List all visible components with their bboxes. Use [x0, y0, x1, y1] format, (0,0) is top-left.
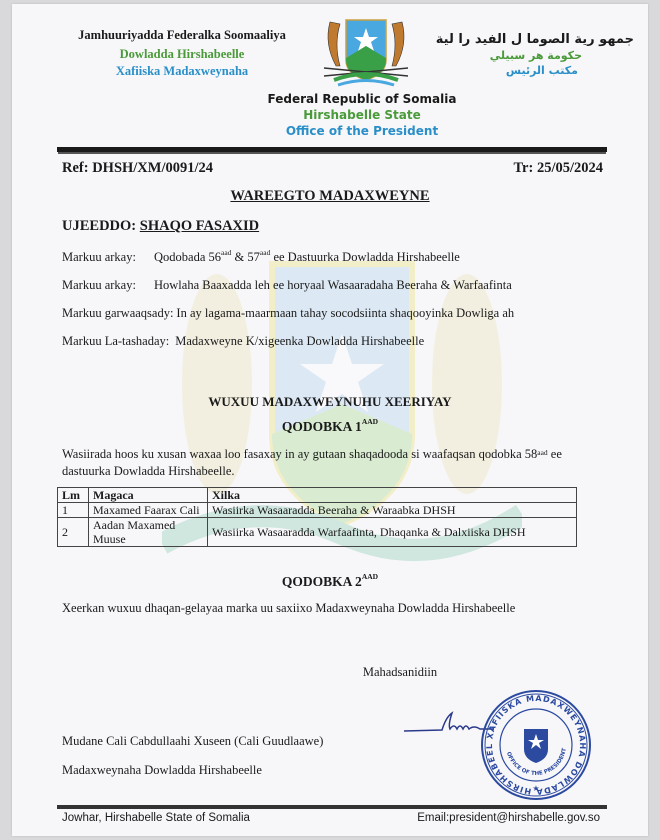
footer-address: Jowhar, Hirshabelle State of Somalia: [62, 812, 250, 824]
header-arabic: جمهو رية الصوما ل الفيد را لية حكومة هر …: [402, 32, 648, 77]
consideration-text: In ay lagama-maarmaan tahay socodsiinta …: [176, 306, 514, 320]
consideration-text: & 57: [231, 250, 259, 264]
footer-divider: [57, 805, 607, 809]
svg-text:★: ★: [532, 784, 539, 793]
consideration-text: ee Dastuurka Dowladda Hirshabeelle: [270, 250, 460, 264]
consideration-1: Markuu arkay:Qodobada 56aad & 57aad ee D…: [62, 250, 460, 265]
article-2-paragraph: Xeerkan wuxuu dhaqan-gelayaa marka uu sa…: [62, 600, 602, 617]
column-header: Lm: [58, 488, 89, 503]
consideration-label: Markuu arkay:: [62, 250, 154, 265]
consideration-text: Madaxweyne K/xigeenka Dowladda Hirshabee…: [175, 334, 424, 348]
consideration-label: Markuu garwaaqsady:: [62, 306, 176, 321]
table-cell: Maxamed Faarax Cali: [89, 503, 208, 518]
table-row: 2 Aadan Maxamed Muuse Wasiirka Wasaaradd…: [58, 518, 577, 547]
table-row: 1 Maxamed Faarax Cali Wasiirka Wasaaradd…: [58, 503, 577, 518]
header-arabic-line2: حكومة هر سبيلي: [402, 49, 648, 62]
article-heading-text: QODOBKA 1: [282, 419, 362, 434]
signatory-title: Madaxweynaha Dowladda Hirshabeelle: [62, 763, 262, 778]
header-somali-line1: Jamhuuriyadda Federalka Soomaaliya: [52, 28, 312, 43]
official-stamp-icon: XAFIISKA MADAXWEYNAHA DOWLADA HIRSHABEEL…: [480, 689, 592, 801]
consideration-text: Qodobada 56: [154, 250, 221, 264]
signatory-name: Mudane Cali Cabdullaahi Xuseen (Cali Guu…: [62, 734, 323, 749]
consideration-label: Markuu La-tashaday:: [62, 334, 175, 349]
decree-heading: WUXUU MADAXWEYNUHU XEERIYAY: [12, 394, 648, 410]
article-2-heading: QODOBKA 2AAD: [12, 574, 648, 590]
header-somali: Jamhuuriyadda Federalka Soomaaliya Dowla…: [52, 28, 312, 79]
superscript: AAD: [362, 417, 378, 426]
consideration-label: Markuu arkay:: [62, 278, 154, 293]
table-cell: 2: [58, 518, 89, 547]
table-cell: Aadan Maxamed Muuse: [89, 518, 208, 547]
column-header: Magaca: [89, 488, 208, 503]
header-english-line1: Federal Republic of Somalia: [242, 92, 482, 106]
table-cell: 1: [58, 503, 89, 518]
subject-value: SHAQO FASAXID: [140, 218, 259, 234]
superscript: AAD: [362, 572, 378, 581]
consideration-2: Markuu arkay:Howlaha Baaxadda leh ee hor…: [62, 278, 512, 293]
article-1-paragraph: Wasiirada hoos ku xusan waxaa loo fasaxa…: [62, 446, 602, 480]
superscript: aad: [260, 248, 270, 257]
consideration-text: Howlaha Baaxadda leh ee horyaal Wasaarad…: [154, 278, 512, 292]
header-english-line3: Office of the President: [242, 124, 482, 138]
header-arabic-line3: مكتب الرئيس: [402, 64, 648, 77]
footer-email: Email:president@hirshabelle.gov.so: [417, 812, 600, 824]
column-header: Xilka: [208, 488, 577, 503]
document-title: WAREEGTO MADAXWEYNE: [12, 188, 648, 205]
document-page: Jamhuuriyadda Federalka Soomaaliya Dowla…: [12, 4, 648, 836]
subject-label: UJEEDDO:: [62, 218, 136, 234]
superscript: aad: [221, 248, 231, 257]
consideration-4: Markuu La-tashaday:Madaxweyne K/xigeenka…: [62, 334, 424, 349]
table-cell: Wasiirka Wasaaradda Warfaafinta, Dhaqank…: [208, 518, 577, 547]
closing-text: Mahadsanidiin: [82, 665, 648, 680]
reference-number: Ref: DHSH/XM/0091/24: [62, 160, 213, 177]
article-1-heading: QODOBKA 1AAD: [12, 419, 648, 435]
ministers-table: Lm Magaca Xilka 1 Maxamed Faarax Cali Wa…: [57, 487, 577, 547]
header-english: Federal Republic of Somalia Hirshabelle …: [242, 92, 482, 138]
table-cell: Wasiirka Wasaaradda Beeraha & Waraabka D…: [208, 503, 577, 518]
consideration-3: Markuu garwaaqsady:In ay lagama-maarmaan…: [62, 306, 514, 321]
header-somali-line2: Dowladda Hirshabeelle: [52, 47, 312, 62]
superscript: aad: [537, 448, 547, 457]
table-header-row: Lm Magaca Xilka: [58, 488, 577, 503]
header-arabic-line1: جمهو رية الصوما ل الفيد را لية: [402, 32, 648, 47]
document-date: Tr: 25/05/2024: [513, 160, 603, 177]
header-somali-line3: Xafiiska Madaxweynaha: [52, 64, 312, 79]
paragraph-text: Wasiirada hoos ku xusan waxaa loo fasaxa…: [62, 447, 537, 461]
header-divider: [57, 147, 607, 152]
subject-line: UJEEDDO: SHAQO FASAXID: [62, 218, 259, 235]
article-heading-text: QODOBKA 2: [282, 574, 362, 589]
header-english-line2: Hirshabelle State: [242, 108, 482, 122]
